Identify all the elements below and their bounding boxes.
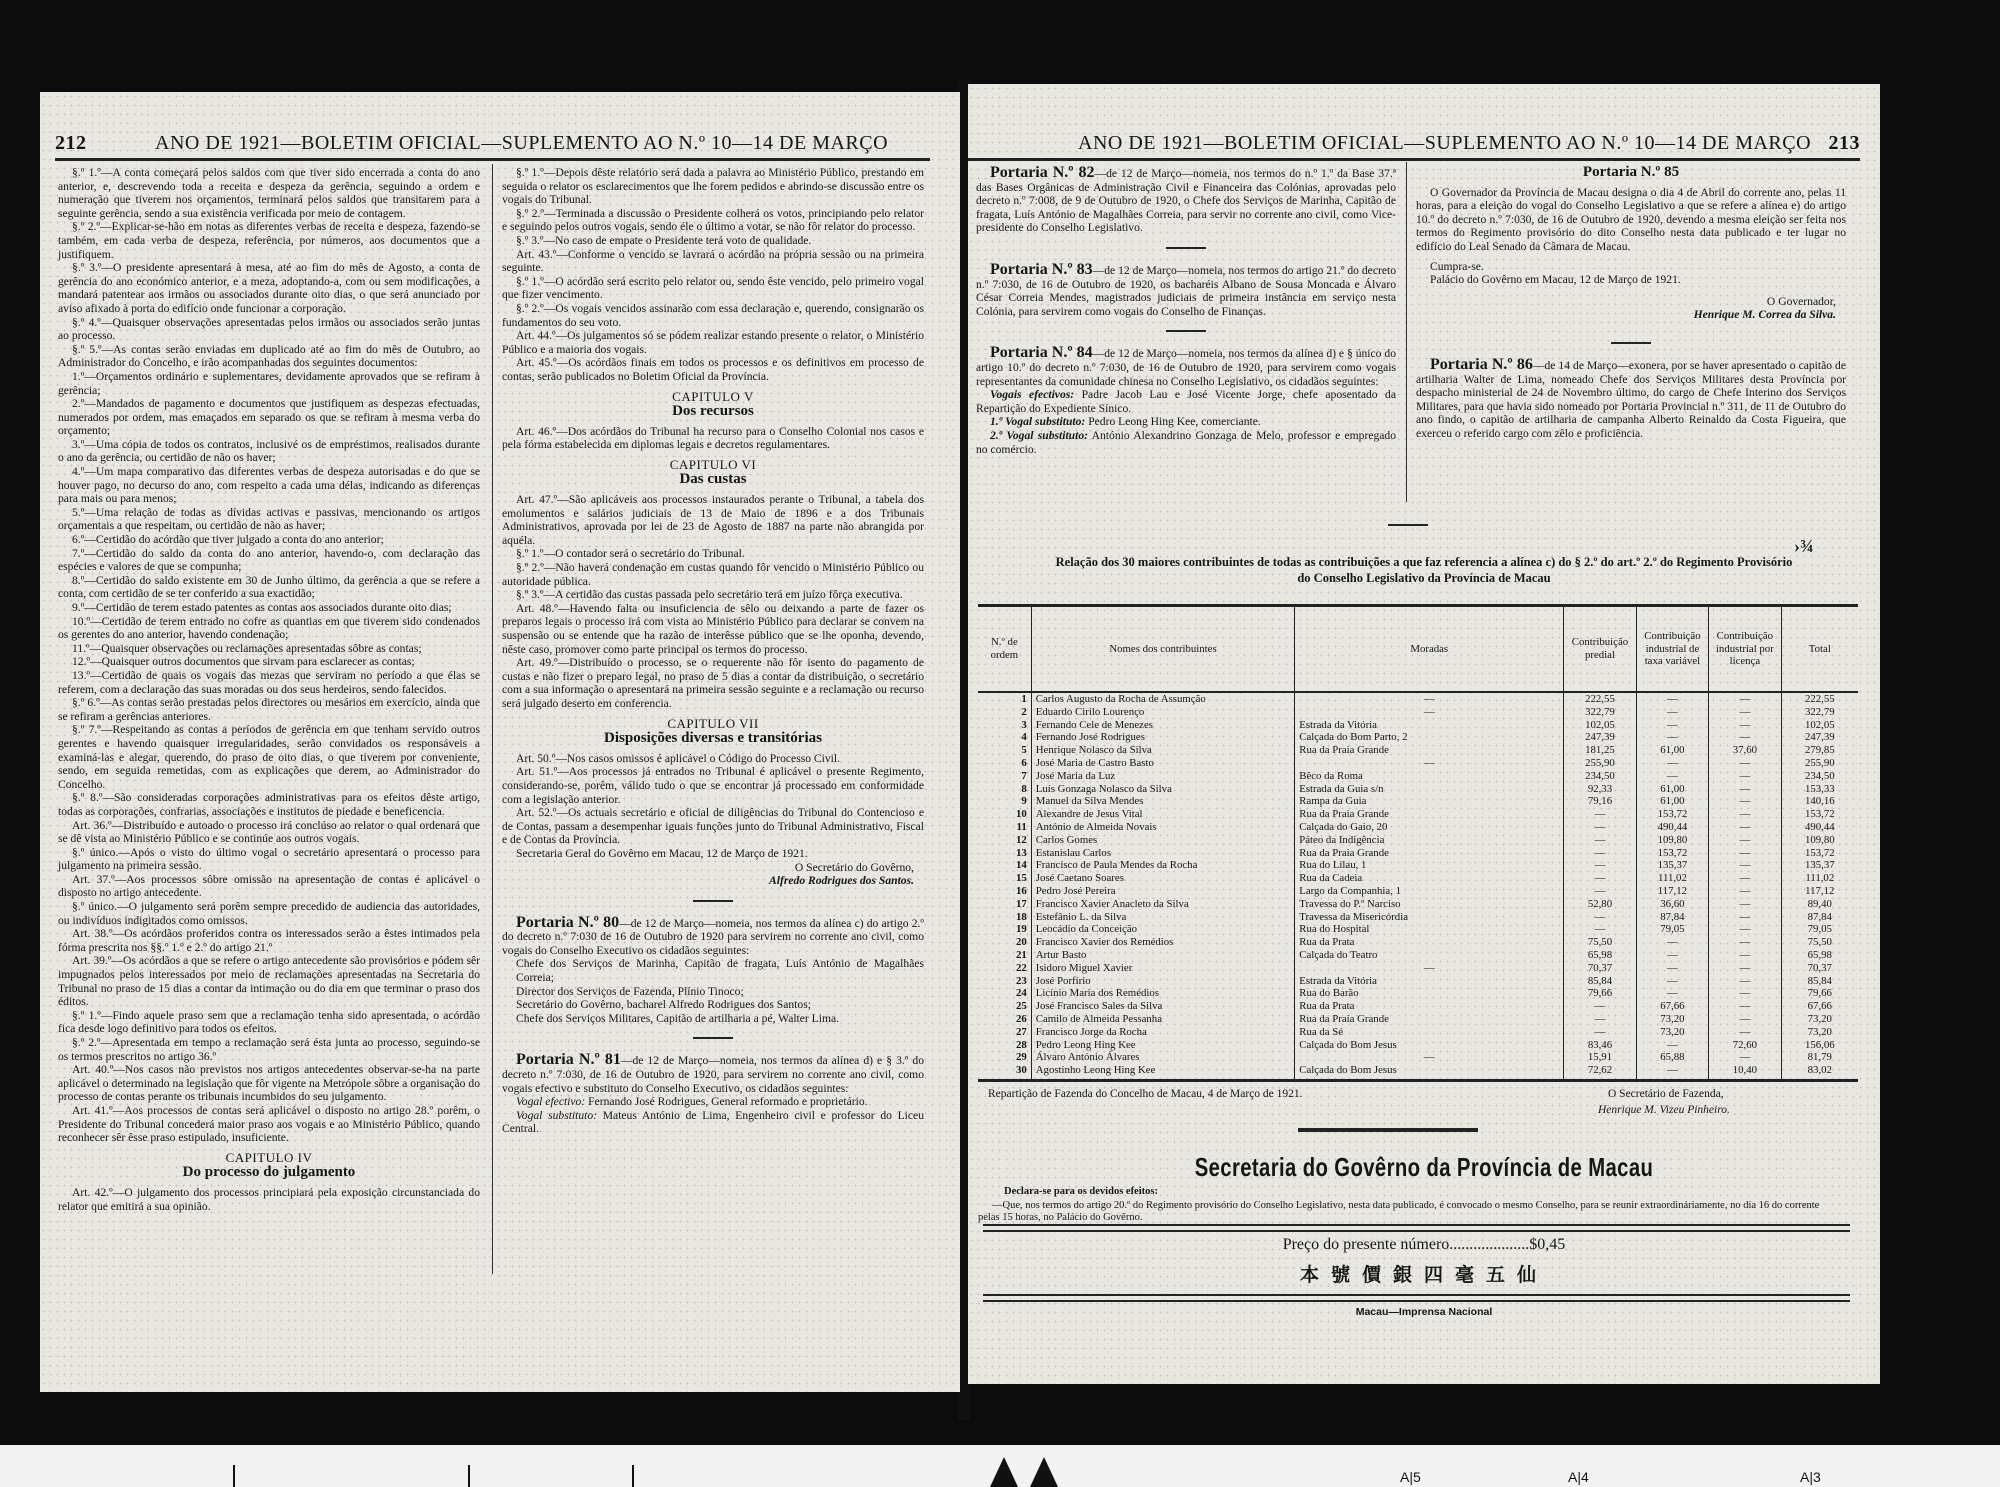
article-paragraph: §.º 2.º—Apresentada em tempo a reclamaçã… — [58, 1036, 480, 1063]
chapter-subtitle: Dos recursos — [502, 405, 924, 419]
signature-place: Secretaria Geral do Govêrno em Macau, 12… — [502, 847, 924, 861]
industrial-licenca-cell: — — [1709, 911, 1781, 924]
address-cell: Rua do Hospital — [1295, 923, 1564, 936]
industrial-variavel-cell: — — [1636, 1039, 1708, 1052]
industrial-variavel-cell: — — [1636, 1064, 1708, 1080]
table-row: 1Carlos Augusto da Rocha de Assumção—222… — [978, 692, 1858, 706]
article-paragraph: Art. 39.º—Os acórdãos a que se refere o … — [58, 954, 480, 1008]
portaria-82: Portaria N.º 82—de 12 de Março—nomeia, n… — [976, 166, 1396, 235]
table-row: 22Isidoro Miguel Xavier—70,37——70,37 — [978, 962, 1858, 975]
portaria-label: Portaria N.º 84 — [990, 344, 1093, 361]
address-cell: Páteo da Indigência — [1295, 834, 1564, 847]
industrial-licenca-cell: — — [1709, 975, 1781, 988]
order-number-cell: 30 — [978, 1064, 1031, 1080]
article-paragraph: Art. 51.º—Aos processos já entrados no T… — [502, 765, 924, 806]
total-cell: 89,40 — [1781, 898, 1858, 911]
imprint: Macau—Imprensa Nacional — [968, 1306, 1880, 1318]
taxpayer-name-cell: Estefânio L. da Silva — [1031, 911, 1295, 924]
predial-cell: 70,37 — [1564, 962, 1636, 975]
predial-cell: 247,39 — [1564, 731, 1636, 744]
taxpayer-name-cell: Estanislau Carlos — [1031, 847, 1295, 860]
article-paragraph: 13.º—Certidão de quais os vogais das mez… — [58, 669, 480, 696]
address-cell: — — [1295, 757, 1564, 770]
order-number-cell: 20 — [978, 936, 1031, 949]
signature-role: O Governador, — [1416, 295, 1846, 309]
table-header-row: N.º de ordemNomes dos contribuintesMorad… — [978, 606, 1858, 693]
secretaria-title: Secretaria do Govêrno da Província de Ma… — [1068, 1152, 1779, 1183]
address-cell: Rua do Barão — [1295, 987, 1564, 1000]
film-tick — [468, 1465, 470, 1487]
address-cell: Rua da Prata — [1295, 1000, 1564, 1013]
taxpayer-name-cell: Álvaro António Álvares — [1031, 1051, 1295, 1064]
portaria-83: Portaria N.º 83—de 12 de Março—nomeia, n… — [976, 263, 1396, 318]
right-page: ANO DE 1921—BOLETIM OFICIAL—SUPLEMENTO A… — [968, 84, 1880, 1384]
industrial-variavel-cell: 61,00 — [1636, 783, 1708, 796]
address-cell: Calçada do Teatro — [1295, 949, 1564, 962]
industrial-variavel-cell: 111,02 — [1636, 872, 1708, 885]
order-number-cell: 19 — [978, 923, 1031, 936]
taxpayer-name-cell: Carlos Augusto da Rocha de Assumção — [1031, 692, 1295, 706]
article-paragraph: 4.º—Um mapa comparativo das diferentes v… — [58, 465, 480, 506]
total-cell: 70,37 — [1781, 962, 1858, 975]
address-cell: Rua da Cadeia — [1295, 872, 1564, 885]
predial-cell: — — [1564, 911, 1636, 924]
column-header: Nomes dos contribuintes — [1031, 606, 1295, 693]
taxpayer-name-cell: Fernando José Rodrigues — [1031, 731, 1295, 744]
film-label: A|3 — [1800, 1469, 1821, 1485]
article-paragraph: 7.º—Certidão do saldo da conta do ano an… — [58, 547, 480, 574]
address-cell: Estrada da Vitória — [1295, 719, 1564, 732]
chapter-heading: CAPITULO VII — [502, 717, 924, 731]
table-row: 3Fernando Cele de MenezesEstrada da Vitó… — [978, 719, 1858, 732]
fazenda-signature-name: Henrique M. Vizeu Pinheiro. — [1598, 1104, 1730, 1116]
order-number-cell: 5 — [978, 744, 1031, 757]
chapter-heading: CAPITULO VI — [502, 458, 924, 472]
price-chinese: 本號價銀四毫五仙 — [968, 1260, 1880, 1287]
table-row: 29Álvaro António Álvares—15,9165,88—81,7… — [978, 1051, 1858, 1064]
taxpayer-name-cell: Licínio Maria dos Remédios — [1031, 987, 1295, 1000]
predial-cell: — — [1564, 1000, 1636, 1013]
order-number-cell: 15 — [978, 872, 1031, 885]
industrial-variavel-cell: — — [1636, 987, 1708, 1000]
table-row: 16Pedro José PereiraLargo da Companhia, … — [978, 885, 1858, 898]
order-number-cell: 3 — [978, 719, 1031, 732]
industrial-licenca-cell: — — [1709, 923, 1781, 936]
industrial-licenca-cell: — — [1709, 872, 1781, 885]
taxpayer-name-cell: Eduardo Cirilo Lourenço — [1031, 706, 1295, 719]
table-row: 28Pedro Leong Hing KeeCalçada do Bom Jes… — [978, 1039, 1858, 1052]
article-paragraph: §.º 4.º—Quaisquer observações apresentad… — [58, 316, 480, 343]
industrial-licenca-cell: — — [1709, 1000, 1781, 1013]
film-label: A|4 — [1568, 1469, 1589, 1485]
industrial-variavel-cell: — — [1636, 949, 1708, 962]
address-cell: Rua da Prata — [1295, 936, 1564, 949]
vogal-value: Pedro Leong Hing Kee, comerciante. — [1088, 415, 1261, 428]
industrial-licenca-cell: — — [1709, 987, 1781, 1000]
article-paragraph: §.º 1.º—O acórdão será escrito pelo rela… — [502, 275, 924, 302]
table-row: 27Francisco Jorge da RochaRua da Sé—73,2… — [978, 1026, 1858, 1039]
industrial-variavel-cell: — — [1636, 719, 1708, 732]
industrial-variavel-cell: — — [1636, 962, 1708, 975]
industrial-variavel-cell: — — [1636, 936, 1708, 949]
vogal-substituto-2: 2.º Vogal substituto: António Alexandrin… — [976, 429, 1396, 456]
table-row: 30Agostinho Leong Hing KeeCalçada do Bom… — [978, 1064, 1858, 1080]
industrial-licenca-cell: — — [1709, 936, 1781, 949]
industrial-licenca-cell: — — [1709, 719, 1781, 732]
article-paragraph: §.º 1.º—A conta começará pelos saldos co… — [58, 166, 480, 220]
article-paragraph: 11.º—Quaisquer observações ou reclamaçõe… — [58, 642, 480, 656]
separator — [1611, 342, 1651, 344]
article-paragraph: §.º 1.º—Findo aquele praso sem que a rec… — [58, 1009, 480, 1036]
total-cell: 73,20 — [1781, 1013, 1858, 1026]
taxpayer-name-cell: Francisco Xavier dos Remédios — [1031, 936, 1295, 949]
vogal-value: Fernando José Rodrigues, General reforma… — [588, 1095, 867, 1108]
double-rule — [983, 1294, 1850, 1302]
relation-title-line-2: do Conselho Legislativo da Província de … — [968, 570, 1880, 586]
article-paragraphs: Art. 47.º—São aplicáveis aos processos i… — [502, 493, 924, 711]
total-cell: 322,79 — [1781, 706, 1858, 719]
address-cell: Calçada do Bom Jesus — [1295, 1064, 1564, 1080]
total-cell: 109,80 — [1781, 834, 1858, 847]
industrial-variavel-cell: — — [1636, 975, 1708, 988]
portaria-80: Portaria N.º 80—de 12 de Março—nomeia, n… — [502, 916, 924, 958]
article-paragraph: Art. 50.º—Nos casos omissos é aplicável … — [502, 752, 924, 766]
taxpayer-name-cell: Henrique Nolasco da Silva — [1031, 744, 1295, 757]
separator — [693, 900, 733, 902]
taxpayer-name-cell: José Caetano Soares — [1031, 872, 1295, 885]
chapter-subtitle: Das custas — [502, 473, 924, 487]
right-column-1: Portaria N.º 82—de 12 de Março—nomeia, n… — [976, 166, 1396, 456]
portaria-81: Portaria N.º 81—de 12 de Março—nomeia, n… — [502, 1053, 924, 1095]
vogal-substituto: Vogal substituto: Mateus António de Lima… — [502, 1109, 924, 1136]
portaria-label: Portaria N.º 81 — [516, 1051, 621, 1068]
vogais-efectivos: Vogais efectivos: Padre Jacob Lau e José… — [976, 388, 1396, 415]
total-cell: 87,84 — [1781, 911, 1858, 924]
order-number-cell: 8 — [978, 783, 1031, 796]
table-row: 18Estefânio L. da SilvaTravessa da Miser… — [978, 911, 1858, 924]
vogal-label: Vogais efectivos: — [990, 388, 1074, 401]
address-cell: Rampa da Guia — [1295, 795, 1564, 808]
article-paragraph: Art. 42.º—O julgamento dos processos pri… — [58, 1186, 480, 1213]
column-header: Contribuição industrial por licença — [1709, 606, 1781, 693]
predial-cell: 92,33 — [1564, 783, 1636, 796]
table-row: 6José Maria de Castro Basto—255,90——255,… — [978, 757, 1858, 770]
industrial-variavel-cell: 135,37 — [1636, 859, 1708, 872]
industrial-licenca-cell: 72,60 — [1709, 1039, 1781, 1052]
table-row: 12Carlos GomesPáteo da Indigência—109,80… — [978, 834, 1858, 847]
industrial-licenca-cell: — — [1709, 1013, 1781, 1026]
order-number-cell: 16 — [978, 885, 1031, 898]
predial-cell: 255,90 — [1564, 757, 1636, 770]
article-paragraph: §.º 3.º—O presidente apresentará à mesa,… — [58, 261, 480, 315]
predial-cell: — — [1564, 1026, 1636, 1039]
address-cell: Rua do Lilau, 1 — [1295, 859, 1564, 872]
predial-cell: — — [1564, 872, 1636, 885]
chapter-subtitle: Disposições diversas e transitórias — [502, 732, 924, 746]
vogal-efectivo: Vogal efectivo: Fernando José Rodrigues,… — [502, 1095, 924, 1109]
predial-cell: 322,79 — [1564, 706, 1636, 719]
table-row: 21Artur BastoCalçada do Teatro65,98——65,… — [978, 949, 1858, 962]
article-paragraph: Art. 49.º—Distribuído o processo, se o r… — [502, 656, 924, 710]
industrial-variavel-cell: 61,00 — [1636, 795, 1708, 808]
address-cell: — — [1295, 1051, 1564, 1064]
table-body: 1Carlos Augusto da Rocha de Assumção—222… — [978, 692, 1858, 1080]
industrial-variavel-cell: 65,88 — [1636, 1051, 1708, 1064]
order-number-cell: 1 — [978, 692, 1031, 706]
industrial-variavel-cell: 73,20 — [1636, 1026, 1708, 1039]
article-paragraph: §.º 6.º—As contas serão prestadas pelos … — [58, 696, 480, 723]
total-cell: 67,66 — [1781, 1000, 1858, 1013]
vogal-substituto-1: 1.º Vogal substituto: Pedro Leong Hing K… — [976, 415, 1396, 429]
address-cell: Rua da Praia Grande — [1295, 847, 1564, 860]
total-cell: 153,33 — [1781, 783, 1858, 796]
table-row: 20Francisco Xavier dos RemédiosRua da Pr… — [978, 936, 1858, 949]
fazenda-signature-role: O Secretário de Fazenda, — [1608, 1088, 1724, 1100]
article-paragraph: Art. 38.º—Os acórdãos proferidos contra … — [58, 927, 480, 954]
address-cell: Rua da Praia Grande — [1295, 744, 1564, 757]
address-cell: Travessa do P.º Narciso — [1295, 898, 1564, 911]
article-paragraph: Art. 52.º—Os actuais secretário e oficia… — [502, 806, 924, 847]
total-cell: 81,79 — [1781, 1051, 1858, 1064]
order-number-cell: 18 — [978, 911, 1031, 924]
article-paragraph: 5.º—Uma relação de todas as dívidas acti… — [58, 506, 480, 533]
predial-cell: 52,80 — [1564, 898, 1636, 911]
portaria-label: Portaria N.º 86 — [1430, 356, 1533, 373]
separator — [1388, 524, 1428, 526]
order-number-cell: 26 — [978, 1013, 1031, 1026]
separator-thick — [1298, 1128, 1478, 1132]
taxpayer-name-cell: Manuel da Silva Mendes — [1031, 795, 1295, 808]
vogal-label: 1.º Vogal substituto: — [990, 415, 1085, 428]
running-header-right: ANO DE 1921—BOLETIM OFICIAL—SUPLEMENTO A… — [968, 132, 1860, 161]
total-cell: 234,50 — [1781, 770, 1858, 783]
predial-cell: 234,50 — [1564, 770, 1636, 783]
address-cell: Largo da Companhia, 1 — [1295, 885, 1564, 898]
table-row: 23José PorfírioEstrada da Vitória85,84——… — [978, 975, 1858, 988]
article-paragraph: §.º 3.º—No caso de empate o Presidente t… — [502, 234, 924, 248]
predial-cell: 85,84 — [1564, 975, 1636, 988]
price-line: Preço do presente número................… — [968, 1236, 1880, 1254]
page-number: 212 — [55, 132, 87, 155]
address-cell: Travessa da Misericórdia — [1295, 911, 1564, 924]
running-title: ANO DE 1921—BOLETIM OFICIAL—SUPLEMENTO A… — [1078, 132, 1811, 155]
article-paragraph: Art. 48.º—Havendo falta ou insuficiencia… — [502, 602, 924, 656]
relation-title: Relação dos 30 maiores contribuintes de … — [968, 554, 1880, 586]
table-row: 14Francisco de Paula Mendes da RochaRua … — [978, 859, 1858, 872]
predial-cell: 79,16 — [1564, 795, 1636, 808]
order-number-cell: 6 — [978, 757, 1031, 770]
taxpayer-name-cell: José Porfírio — [1031, 975, 1295, 988]
portaria-86: Portaria N.º 86—de 14 de Março—exonera, … — [1416, 358, 1846, 441]
taxpayers-table: N.º de ordemNomes dos contribuintesMorad… — [978, 604, 1858, 1082]
column-header: Total — [1781, 606, 1858, 693]
taxpayer-name-cell: Francisco de Paula Mendes da Rocha — [1031, 859, 1295, 872]
order-number-cell: 29 — [978, 1051, 1031, 1064]
total-cell: 111,02 — [1781, 872, 1858, 885]
article-paragraph: §.º 2.º—Não haverá condenação em custas … — [502, 561, 924, 588]
order-number-cell: 28 — [978, 1039, 1031, 1052]
column-rule — [492, 164, 493, 1274]
signature-name: Henrique M. Correa da Silva. — [1416, 308, 1846, 322]
industrial-variavel-cell: 153,72 — [1636, 847, 1708, 860]
page-number: 213 — [1829, 132, 1861, 155]
article-paragraph: Art. 40.º—Nos casos não previstos nos ar… — [58, 1063, 480, 1104]
total-cell: 490,44 — [1781, 821, 1858, 834]
portaria-label: Portaria N.º 83 — [990, 261, 1093, 278]
article-paragraph: Art. 37.º—Aos processos sôbre omissão na… — [58, 873, 480, 900]
taxpayer-name-cell: Leocádio da Conceição — [1031, 923, 1295, 936]
industrial-variavel-cell: 73,20 — [1636, 1013, 1708, 1026]
article-paragraph: §.º 3.º—A certidão das custas passada pe… — [502, 588, 924, 602]
order-number-cell: 2 — [978, 706, 1031, 719]
cumpra-se: Cumpra-se. — [1416, 260, 1846, 274]
left-page: 212 ANO DE 1921—BOLETIM OFICIAL—SUPLEMEN… — [40, 92, 960, 1392]
column-header: Contribuição predial — [1564, 606, 1636, 693]
article-paragraph: Art. 45.º—Os acórdãos finais em todos os… — [502, 356, 924, 383]
film-arrow-icon — [1030, 1457, 1058, 1487]
taxpayer-name-cell: José Maria da Luz — [1031, 770, 1295, 783]
industrial-variavel-cell: 36,60 — [1636, 898, 1708, 911]
taxpayer-name-cell: Fernando Cele de Menezes — [1031, 719, 1295, 732]
taxpayer-name-cell: José Francisco Sales da Silva — [1031, 1000, 1295, 1013]
industrial-licenca-cell: — — [1709, 808, 1781, 821]
separator — [1166, 247, 1206, 249]
predial-cell: — — [1564, 885, 1636, 898]
industrial-licenca-cell: — — [1709, 795, 1781, 808]
industrial-licenca-cell: — — [1709, 847, 1781, 860]
predial-cell: — — [1564, 821, 1636, 834]
taxpayer-name-cell: Camilo de Almeida Pessanha — [1031, 1013, 1295, 1026]
table-row: 19Leocádio da ConceiçãoRua do Hospital—7… — [978, 923, 1858, 936]
chapter-subtitle: Do processo do julgamento — [58, 1166, 480, 1180]
industrial-licenca-cell: — — [1709, 1026, 1781, 1039]
predial-cell: — — [1564, 808, 1636, 821]
taxpayer-name-cell: Pedro José Pereira — [1031, 885, 1295, 898]
order-number-cell: 14 — [978, 859, 1031, 872]
industrial-variavel-cell: — — [1636, 706, 1708, 719]
taxpayer-name-cell: José Maria de Castro Basto — [1031, 757, 1295, 770]
industrial-licenca-cell: — — [1709, 821, 1781, 834]
total-cell: 79,05 — [1781, 923, 1858, 936]
right-column-2: Portaria N.º 85 O Governador da Provínci… — [1416, 166, 1846, 441]
table-row: 24Licínio Maria dos RemédiosRua do Barão… — [978, 987, 1858, 1000]
industrial-licenca-cell: — — [1709, 859, 1781, 872]
predial-cell: 181,25 — [1564, 744, 1636, 757]
portaria-85-text: O Governador da Província de Macau desig… — [1416, 186, 1846, 254]
industrial-variavel-cell: 153,72 — [1636, 808, 1708, 821]
film-label: A|5 — [1400, 1469, 1421, 1485]
article-paragraph: Art. 46.º—Dos acórdãos do Tribunal ha re… — [502, 425, 924, 452]
table-row: 25José Francisco Sales da SilvaRua da Pr… — [978, 1000, 1858, 1013]
table-row: 2Eduardo Cirilo Lourenço—322,79——322,79 — [978, 706, 1858, 719]
fazenda-signature-place: Repartição de Fazenda do Concelho de Mac… — [988, 1088, 1303, 1100]
table-row: 15José Caetano SoaresRua da Cadeia—111,0… — [978, 872, 1858, 885]
portaria-84: Portaria N.º 84—de 12 de Março—nomeia, n… — [976, 346, 1396, 388]
order-number-cell: 27 — [978, 1026, 1031, 1039]
article-paragraphs: §.º 1.º—A conta começará pelos saldos co… — [58, 166, 480, 1145]
signature-place: Palácio do Govêrno em Macau, 12 de Março… — [1416, 273, 1846, 287]
industrial-licenca-cell: — — [1709, 731, 1781, 744]
order-number-cell: 10 — [978, 808, 1031, 821]
table-row: 4Fernando José RodriguesCalçada do Bom P… — [978, 731, 1858, 744]
address-cell: Calçada do Gaio, 20 — [1295, 821, 1564, 834]
total-cell: 153,72 — [1781, 808, 1858, 821]
industrial-variavel-cell: — — [1636, 692, 1708, 706]
taxpayer-name-cell: Agostinho Leong Hing Kee — [1031, 1064, 1295, 1080]
predial-cell: 222,55 — [1564, 692, 1636, 706]
taxpayer-name-cell: Isidoro Miguel Xavier — [1031, 962, 1295, 975]
total-cell: 247,39 — [1781, 731, 1858, 744]
vogal-label: Vogal efectivo: — [516, 1095, 585, 1108]
total-cell: 117,12 — [1781, 885, 1858, 898]
industrial-licenca-cell: — — [1709, 1051, 1781, 1064]
article-paragraph: 8.º—Certidão do saldo existente em 30 de… — [58, 574, 480, 601]
address-cell: Calçada do Bom Parto, 2 — [1295, 731, 1564, 744]
industrial-licenca-cell: — — [1709, 770, 1781, 783]
industrial-licenca-cell: — — [1709, 898, 1781, 911]
predial-cell: — — [1564, 923, 1636, 936]
total-cell: 102,05 — [1781, 719, 1858, 732]
article-paragraph: Art. 41.º—Aos processos de contas será a… — [58, 1104, 480, 1145]
industrial-licenca-cell: — — [1709, 885, 1781, 898]
taxpayer-name-cell: Alexandre de Jesus Vital — [1031, 808, 1295, 821]
article-paragraph: Art. 43.º—Conforme o vencido se lavrará … — [502, 248, 924, 275]
order-number-cell: 24 — [978, 987, 1031, 1000]
address-cell: Estrada da Guia s/n — [1295, 783, 1564, 796]
column-header: Contribuição industrial de taxa variável — [1636, 606, 1708, 693]
vogal-label: Vogal substituto: — [516, 1109, 597, 1122]
running-header-left: 212 ANO DE 1921—BOLETIM OFICIAL—SUPLEMEN… — [55, 132, 930, 161]
left-column-1: §.º 1.º—A conta começará pelos saldos co… — [58, 166, 480, 1213]
signature-role: O Secretário do Govêrno, — [502, 861, 924, 875]
industrial-licenca-cell: — — [1709, 834, 1781, 847]
predial-cell: 72,62 — [1564, 1064, 1636, 1080]
taxpayer-name-cell: Luís Gonzaga Nolasco da Silva — [1031, 783, 1295, 796]
address-cell: — — [1295, 706, 1564, 719]
industrial-licenca-cell: — — [1709, 706, 1781, 719]
separator — [1166, 330, 1206, 332]
industrial-variavel-cell: — — [1636, 770, 1708, 783]
article-paragraph: §.º 5.º—As contas serão enviadas em dupl… — [58, 343, 480, 370]
table-row: 7José Maria da LuzBêco da Roma234,50——23… — [978, 770, 1858, 783]
column-header: N.º de ordem — [978, 606, 1031, 693]
address-cell: Estrada da Vitória — [1295, 975, 1564, 988]
chapter-heading: CAPITULO IV — [58, 1151, 480, 1165]
taxpayer-name-cell: Francisco Jorge da Rocha — [1031, 1026, 1295, 1039]
article-paragraph: §.º 8.º—São consideradas corporações adm… — [58, 791, 480, 818]
running-title: ANO DE 1921—BOLETIM OFICIAL—SUPLEMENTO A… — [155, 132, 888, 155]
article-paragraph: 10.º—Certidão de terem entrado no cofre … — [58, 615, 480, 642]
article-paragraph: §.º único.—O julgamento será porêm sempr… — [58, 900, 480, 927]
film-strip: A|5 A|4 A|3 — [0, 1445, 2000, 1487]
predial-cell: 15,91 — [1564, 1051, 1636, 1064]
predial-cell: — — [1564, 847, 1636, 860]
industrial-licenca-cell: — — [1709, 783, 1781, 796]
taxpayer-name-cell: António de Almeida Novais — [1031, 821, 1295, 834]
article-paragraph: 2.º—Mandados de pagamento e documentos q… — [58, 397, 480, 438]
predial-cell: 75,50 — [1564, 936, 1636, 949]
taxpayer-name-cell: Pedro Leong Hing Kee — [1031, 1039, 1295, 1052]
predial-cell: 102,05 — [1564, 719, 1636, 732]
member-line: Secretário do Govêrno, bacharel Alfredo … — [502, 998, 924, 1012]
table-row: 17Francisco Xavier Anacleto da SilvaTrav… — [978, 898, 1858, 911]
industrial-licenca-cell: — — [1709, 757, 1781, 770]
table-row: 10Alexandre de Jesus VitalRua da Praia G… — [978, 808, 1858, 821]
total-cell: 73,20 — [1781, 1026, 1858, 1039]
total-cell: 75,50 — [1781, 936, 1858, 949]
address-cell: — — [1295, 692, 1564, 706]
industrial-variavel-cell: 67,66 — [1636, 1000, 1708, 1013]
